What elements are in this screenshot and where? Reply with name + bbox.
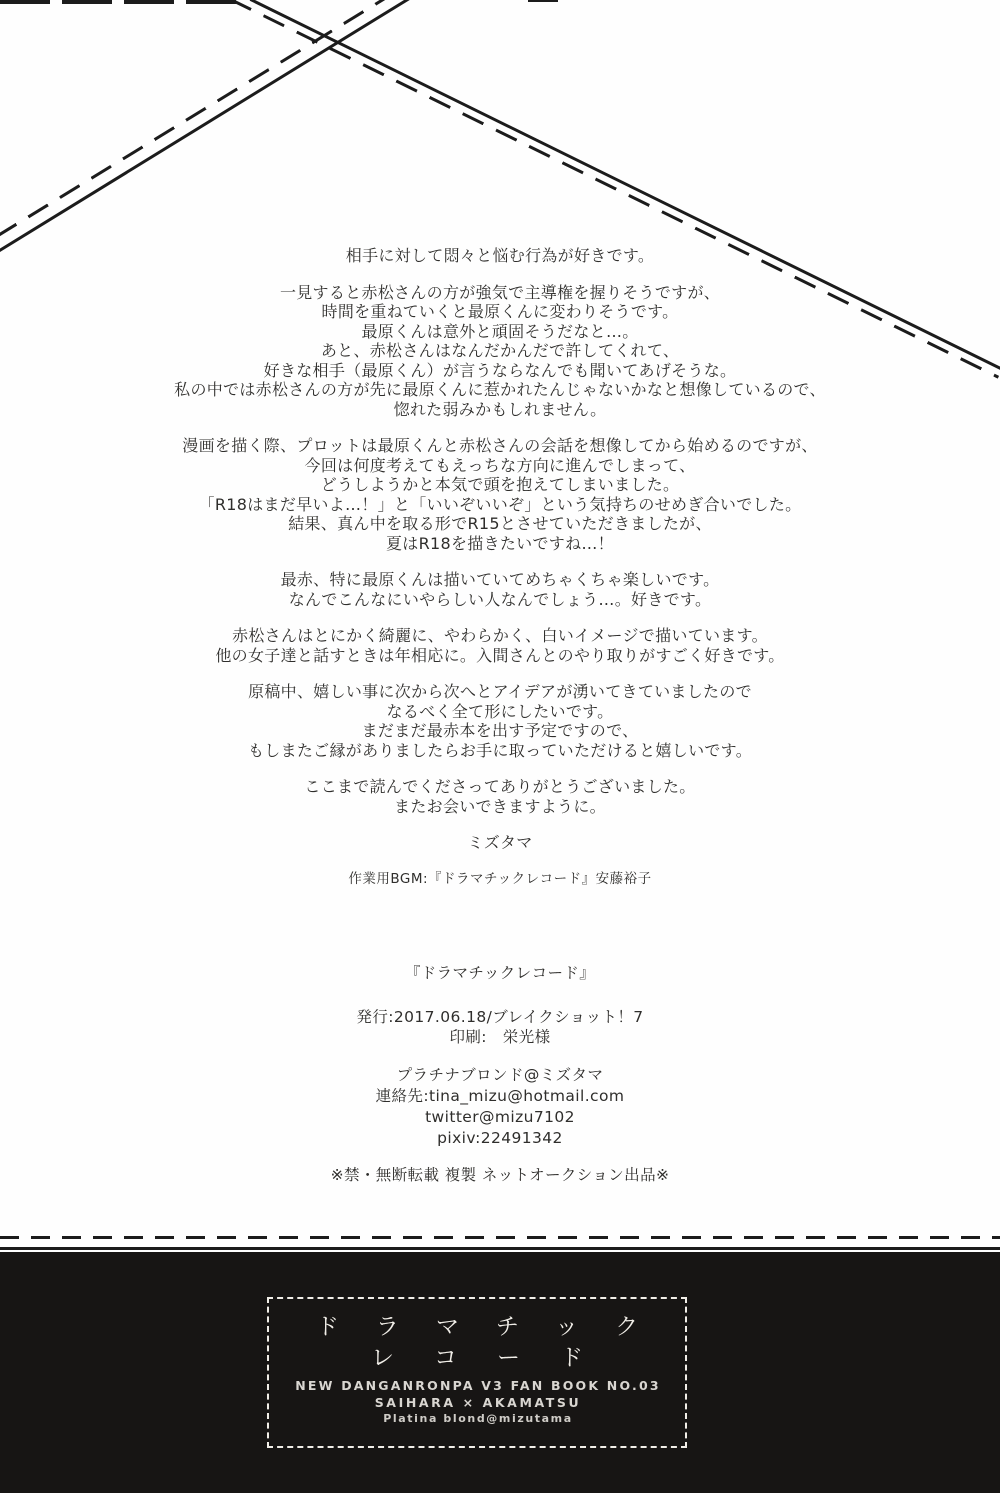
text-line: 好きな相手（最原くん）が言うならなんでも聞いてあげそうな。 [0,361,1000,381]
paragraph: 相手に対して悶々と悩む行為が好きです。 [0,246,1000,266]
text-line: 赤松さんはとにかく綺麗に、やわらかく、白いイメージで描いています。 [0,626,1000,646]
footer-title-line1: ドラマチック [269,1312,685,1342]
top-dashed-border-segment [0,0,242,4]
text-line: 原稿中、嬉しい事に次から次へとアイデアが湧いてきていましたので [0,682,1000,702]
text-line: 時間を重ねていくと最原くんに変わりそうです。 [0,302,1000,322]
text-line: 最赤、特に最原くんは描いていてめちゃくちゃ楽しいです。 [0,570,1000,590]
reproduction-notice: ※禁・無断転載 複製 ネットオークション出品※ [0,1165,1000,1185]
text-line: なんでこんなにいやらしい人なんでしょう…。好きです。 [0,590,1000,610]
contact-email: 連絡先:tina_mizu@hotmail.com [0,1086,1000,1107]
book-title: 『ドラマチックレコード』 [0,963,1000,983]
paragraph: 漫画を描く際、プロットは最原くんと赤松さんの会話を想像してから始めるのですが、今… [0,436,1000,553]
text-line: 一見すると赤松さんの方が強気で主導権を握りそうですが、 [0,283,1000,303]
paragraph: 一見すると赤松さんの方が強気で主導権を握りそうですが、時間を重ねていくと最原くん… [0,283,1000,420]
text-line: 「R18はまだ早いよ…！」と「いいぞいいぞ」という気持ちのせめぎ合いでした。 [0,495,1000,515]
diagonal-solid-line-ascending [0,0,417,254]
top-dashed-border-fragment [528,0,558,2]
bottom-solid-rule [0,1247,1000,1250]
text-line: なるべく全て形にしたいです。 [0,702,1000,722]
twitter-handle: twitter@mizu7102 [0,1107,1000,1128]
text-line: まだまだ最赤本を出す予定ですので、 [0,721,1000,741]
paragraph: 最赤、特に最原くんは描いていてめちゃくちゃ楽しいです。なんでこんなにいやらしい人… [0,570,1000,609]
text-line: 漫画を描く際、プロットは最原くんと赤松さんの会話を想像してから始めるのですが、 [0,436,1000,456]
doujin-afterword-page: 相手に対して悶々と悩む行為が好きです。一見すると赤松さんの方が強気で主導権を握り… [0,0,1000,1493]
text-line: 惚れた弱みかもしれません。 [0,400,1000,420]
colophon: 『ドラマチックレコード』 発行:2017.06.18/ブレイクショット！7 印刷… [0,963,1000,1185]
footer-title-line2: レコード [269,1342,685,1374]
text-line: 結果、真ん中を取る形でR15とさせていただきましたが、 [0,514,1000,534]
paragraph: ここまで読んでくださってありがとうございました。またお会いできますように。 [0,777,1000,816]
text-line: ミズタマ [0,833,1000,853]
pairing-label: SAIHARA × AKAMATSU [269,1394,685,1411]
text-line: またお会いできますように。 [0,797,1000,817]
circle-name: プラチナブロンド@ミズタマ [0,1065,1000,1086]
pixiv-id: pixiv:22491342 [0,1128,1000,1149]
paragraph: ミズタマ [0,833,1000,853]
title-box: ドラマチック レコード NEW DANGANRONPA V3 FAN BOOK … [267,1297,687,1448]
text-line: 私の中では赤松さんの方が先に最原くんに惹かれたんじゃないかなと想像しているので、 [0,380,1000,400]
text-line: あと、赤松さんはなんだかんだで許してくれて、 [0,341,1000,361]
publish-info: 発行:2017.06.18/ブレイクショット！7 [0,1007,1000,1027]
text-line: 他の女子達と話すときは年相応に。入間さんとのやり取りがすごく好きです。 [0,646,1000,666]
bottom-dashed-rule [0,1236,1000,1239]
text-line: ここまで読んでくださってありがとうございました。 [0,777,1000,797]
text-line: 作業用BGM:『ドラマチックレコード』安藤裕子 [0,870,1000,890]
fanbook-subtitle: NEW DANGANRONPA V3 FAN BOOK NO.03 [269,1377,685,1394]
diagonal-dashed-line-ascending [0,0,391,238]
paragraph: 作業用BGM:『ドラマチックレコード』安藤裕子 [0,870,1000,890]
text-line: 相手に対して悶々と悩む行為が好きです。 [0,246,1000,266]
black-footer-band: ドラマチック レコード NEW DANGANRONPA V3 FAN BOOK … [0,1252,1000,1493]
text-line: もしまたご縁がありましたらお手に取っていただけると嬉しいです。 [0,741,1000,761]
printer-info: 印刷: 栄光様 [0,1027,1000,1047]
text-line: どうしようかと本気で頭を抱えてしまいました。 [0,475,1000,495]
text-line: 夏はR18を描きたいですね…！ [0,534,1000,554]
paragraph: 赤松さんはとにかく綺麗に、やわらかく、白いイメージで描いています。他の女子達と話… [0,626,1000,665]
afterword-text: 相手に対して悶々と悩む行為が好きです。一見すると赤松さんの方が強気で主導権を握り… [0,246,1000,889]
paragraph: 原稿中、嬉しい事に次から次へとアイデアが湧いてきていましたのでなるべく全て形にし… [0,682,1000,760]
text-line: 今回は何度考えてもえっちな方向に進んでしまって、 [0,456,1000,476]
text-line: 最原くんは意外と頑固そうだなと…。 [0,322,1000,342]
circle-credit: Platina blond@mizutama [269,1411,685,1426]
